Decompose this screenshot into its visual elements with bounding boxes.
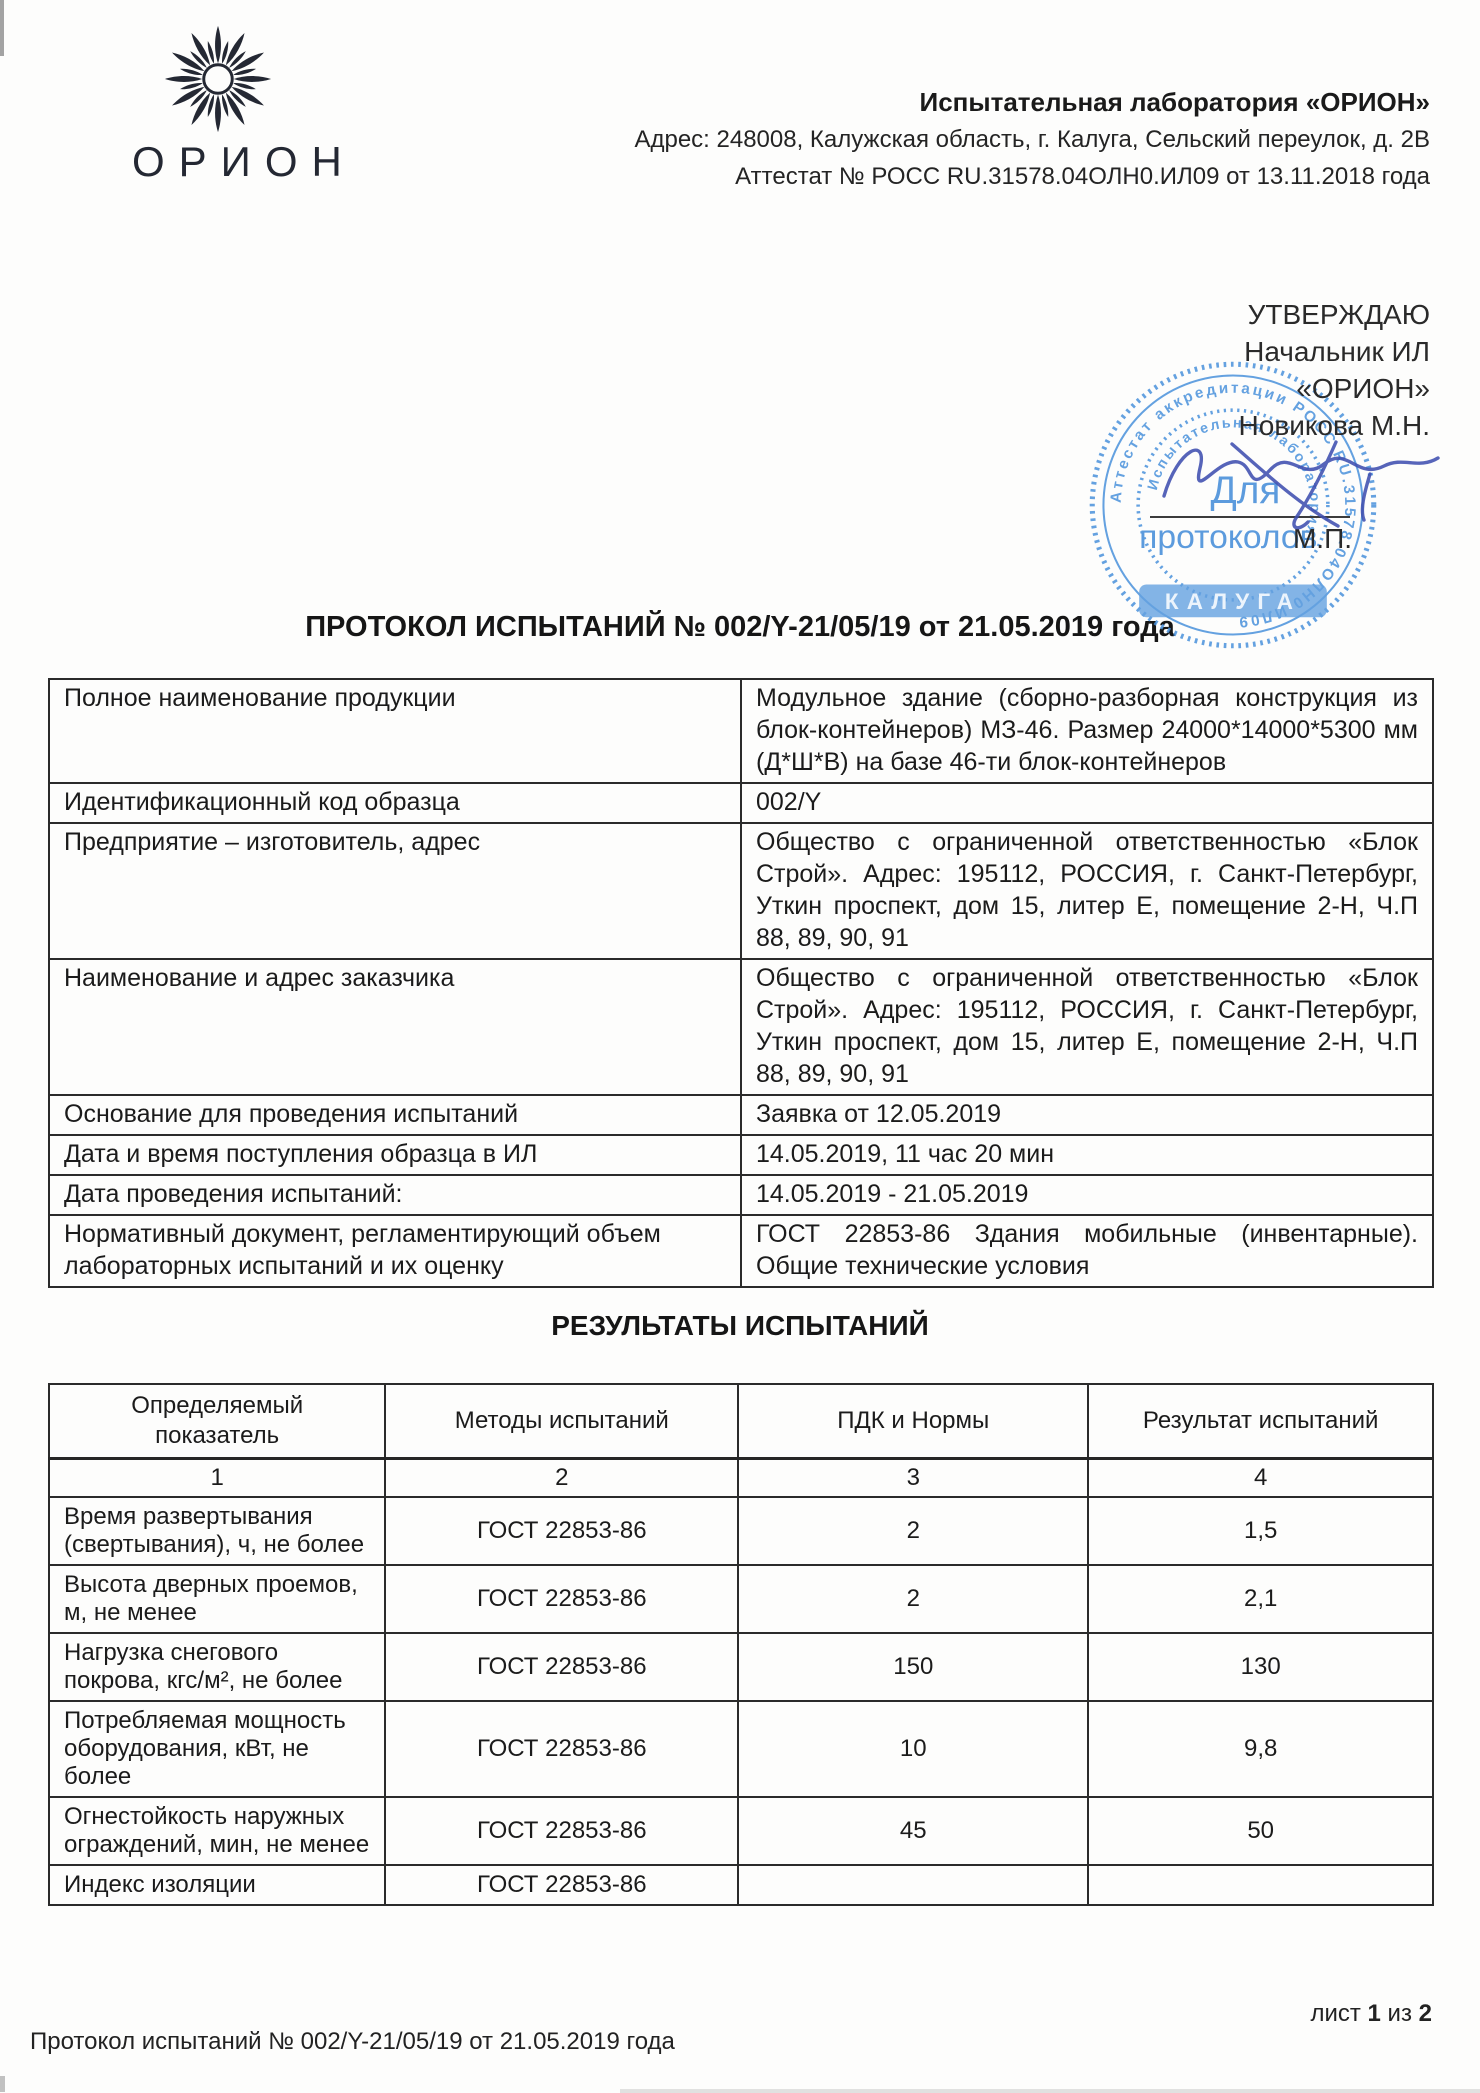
info-value: 002/Y bbox=[741, 783, 1433, 823]
table-row: Предприятие – изготовитель, адрес Общест… bbox=[49, 823, 1433, 959]
result-value: 130 bbox=[1088, 1633, 1433, 1701]
col-header-norm: ПДК и Нормы bbox=[738, 1384, 1088, 1459]
result-method: ГОСТ 22853-86 bbox=[385, 1633, 738, 1701]
result-norm: 2 bbox=[738, 1565, 1088, 1633]
table-header-row: Определяемый показатель Методы испытаний… bbox=[49, 1384, 1433, 1459]
result-norm: 10 bbox=[738, 1701, 1088, 1797]
table-row: Нормативный документ, регламентирующий о… bbox=[49, 1215, 1433, 1287]
column-number-row: 1 2 3 4 bbox=[49, 1459, 1433, 1498]
info-label: Наименование и адрес заказчика bbox=[49, 959, 741, 1095]
result-method: ГОСТ 22853-86 bbox=[385, 1797, 738, 1865]
result-norm: 2 bbox=[738, 1497, 1088, 1565]
info-value: 14.05.2019 - 21.05.2019 bbox=[741, 1175, 1433, 1215]
info-label: Дата проведения испытаний: bbox=[49, 1175, 741, 1215]
test-results-table: Определяемый показатель Методы испытаний… bbox=[48, 1383, 1434, 1906]
info-value: Заявка от 12.05.2019 bbox=[741, 1095, 1433, 1135]
table-row: Высота дверных проемов, м, не менее ГОСТ… bbox=[49, 1565, 1433, 1633]
scan-edge-artifact bbox=[0, 2076, 5, 2092]
result-indicator: Время развертывания (свертывания), ч, не… bbox=[49, 1497, 385, 1565]
col-number: 2 bbox=[385, 1459, 738, 1498]
result-method: ГОСТ 22853-86 bbox=[385, 1865, 738, 1905]
results-section-title: РЕЗУЛЬТАТЫ ИСПЫТАНИЙ bbox=[0, 1310, 1480, 1342]
approver-signature bbox=[1112, 418, 1452, 558]
sunburst-logo-icon bbox=[159, 20, 277, 138]
result-method: ГОСТ 22853-86 bbox=[385, 1497, 738, 1565]
info-value: Общество с ограниченной ответственностью… bbox=[741, 823, 1433, 959]
logo-wordmark: ОРИОН bbox=[118, 138, 318, 186]
col-header-result: Результат испытаний bbox=[1088, 1384, 1433, 1459]
table-row: Полное наименование продукции Модульное … bbox=[49, 679, 1433, 783]
table-row: Нагрузка снегового покрова, кгс/м², не б… bbox=[49, 1633, 1433, 1701]
scan-edge-artifact bbox=[0, 0, 4, 56]
page-number: лист 1 из 2 bbox=[1310, 2000, 1432, 2028]
table-row: Потребляемая мощность оборудования, кВт,… bbox=[49, 1701, 1433, 1797]
table-row: Идентификационный код образца 002/Y bbox=[49, 783, 1433, 823]
result-indicator: Индекс изоляции bbox=[49, 1865, 385, 1905]
footer-protocol-reference: Протокол испытаний № 002/Y-21/05/19 от 2… bbox=[30, 2028, 675, 2056]
result-method: ГОСТ 22853-86 bbox=[385, 1565, 738, 1633]
info-value: ГОСТ 22853-86 Здания мобильные (инвентар… bbox=[741, 1215, 1433, 1287]
result-value: 50 bbox=[1088, 1797, 1433, 1865]
info-label: Нормативный документ, регламентирующий о… bbox=[49, 1215, 741, 1287]
col-header-indicator: Определяемый показатель bbox=[49, 1384, 385, 1459]
info-label: Полное наименование продукции bbox=[49, 679, 741, 783]
result-indicator: Потребляемая мощность оборудования, кВт,… bbox=[49, 1701, 385, 1797]
col-number: 1 bbox=[49, 1459, 385, 1498]
result-value bbox=[1088, 1865, 1433, 1905]
lab-header-block: Испытательная лаборатория «ОРИОН» Адрес:… bbox=[634, 84, 1430, 195]
lab-attestat: Аттестат № РОСС RU.31578.04ОЛН0.ИЛ09 от … bbox=[634, 158, 1430, 195]
info-value: Общество с ограниченной ответственностью… bbox=[741, 959, 1433, 1095]
info-label: Идентификационный код образца bbox=[49, 783, 741, 823]
result-indicator: Нагрузка снегового покрова, кгс/м², не б… bbox=[49, 1633, 385, 1701]
result-value: 9,8 bbox=[1088, 1701, 1433, 1797]
result-norm bbox=[738, 1865, 1088, 1905]
col-header-method: Методы испытаний bbox=[385, 1384, 738, 1459]
table-row: Основание для проведения испытаний Заявк… bbox=[49, 1095, 1433, 1135]
result-norm: 150 bbox=[738, 1633, 1088, 1701]
info-label: Дата и время поступления образца в ИЛ bbox=[49, 1135, 741, 1175]
page-current: 1 bbox=[1368, 2000, 1381, 2027]
table-row: Дата проведения испытаний: 14.05.2019 - … bbox=[49, 1175, 1433, 1215]
lab-address: Адрес: 248008, Калужская область, г. Кал… bbox=[634, 121, 1430, 158]
approval-org: «ОРИОН» bbox=[1239, 370, 1430, 407]
table-row: Время развертывания (свертывания), ч, не… bbox=[49, 1497, 1433, 1565]
table-row: Дата и время поступления образца в ИЛ 14… bbox=[49, 1135, 1433, 1175]
result-indicator: Огнестойкость наружных ограждений, мин, … bbox=[49, 1797, 385, 1865]
table-row: Огнестойкость наружных ограждений, мин, … bbox=[49, 1797, 1433, 1865]
col-number: 4 bbox=[1088, 1459, 1433, 1498]
table-row: Индекс изоляции ГОСТ 22853-86 bbox=[49, 1865, 1433, 1905]
result-indicator: Высота дверных проемов, м, не менее bbox=[49, 1565, 385, 1633]
approval-approve-word: УТВЕРЖДАЮ bbox=[1239, 296, 1430, 333]
scan-edge-artifact bbox=[620, 2089, 1480, 2093]
page-total: 2 bbox=[1419, 2000, 1432, 2027]
info-value: Модульное здание (сборно-разборная конст… bbox=[741, 679, 1433, 783]
table-row: Наименование и адрес заказчика Общество … bbox=[49, 959, 1433, 1095]
result-norm: 45 bbox=[738, 1797, 1088, 1865]
result-value: 1,5 bbox=[1088, 1497, 1433, 1565]
sample-info-table: Полное наименование продукции Модульное … bbox=[48, 678, 1434, 1288]
page-of-word: из bbox=[1388, 2000, 1412, 2027]
info-label: Основание для проведения испытаний bbox=[49, 1095, 741, 1135]
result-method: ГОСТ 22853-86 bbox=[385, 1701, 738, 1797]
approval-position: Начальник ИЛ bbox=[1239, 333, 1430, 370]
info-label: Предприятие – изготовитель, адрес bbox=[49, 823, 741, 959]
scanned-test-protocol-page: { "header": { "logo_text": "ОРИОН", "lab… bbox=[0, 0, 1480, 2093]
result-value: 2,1 bbox=[1088, 1565, 1433, 1633]
lab-logo: ОРИОН bbox=[118, 20, 318, 186]
page-word: лист bbox=[1310, 2000, 1360, 2027]
info-value: 14.05.2019, 11 час 20 мин bbox=[741, 1135, 1433, 1175]
lab-name: Испытательная лаборатория «ОРИОН» bbox=[634, 84, 1430, 121]
col-number: 3 bbox=[738, 1459, 1088, 1498]
stamp-banner-city: КАЛУГА bbox=[1165, 589, 1301, 614]
